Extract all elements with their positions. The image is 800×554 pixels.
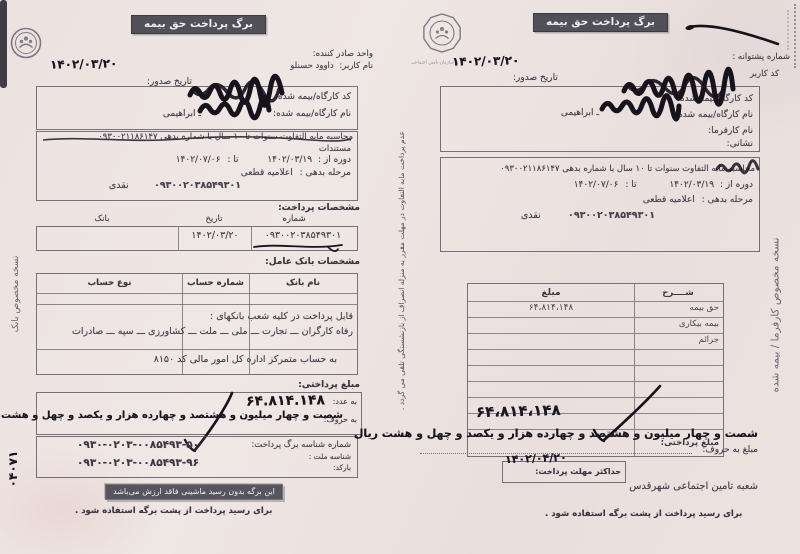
debt-stage-value: اعلامیه قطعی <box>241 168 293 178</box>
charge-amount: ۶۴،۸۱۴،۱۴۸ <box>468 302 634 317</box>
payment-col-date: تاریخ <box>190 214 238 224</box>
period-to-value: ۱۴۰۲/۰۷/۰۶ <box>176 155 221 165</box>
payment-section-label: مشخصات پرداخت: <box>278 203 360 213</box>
amount-words-handwritten: شصت و چهار میلیون و هشتصد و چهارده هزار … <box>354 427 758 440</box>
social-security-logo-icon <box>422 12 462 56</box>
bank-col-type: نوع حساب <box>37 278 182 288</box>
pen-scribble <box>599 97 683 115</box>
charges-row: بیمه بیکاری <box>468 318 723 334</box>
charge-amount <box>468 366 634 381</box>
debt-stage-line: مرحله بدهی : اعلامیه قطعی <box>241 168 351 178</box>
period-from-label: دوره از : <box>318 155 351 165</box>
charge-label: جرائم <box>634 334 723 349</box>
charge-label <box>634 366 723 381</box>
address-label: نشانی: <box>727 139 753 149</box>
bank-copy-form: برگ پرداخت حق بیمه واحد صادر کننده: نام … <box>0 0 400 554</box>
payment-col-bank: بانک <box>80 214 124 224</box>
payment-col-number: شماره <box>270 214 318 224</box>
issuer-unit-label: واحد صادر کننده: <box>313 49 373 59</box>
bank-section-label: مشخصات بانک عامل: <box>265 257 360 267</box>
pen-scribble <box>715 160 761 174</box>
debt-period-line: دوره از : ۱۴۰۲/۰۳/۱۹ تا : ۱۴۰۲/۰۷/۰۶ <box>176 155 351 165</box>
debt-payment-id: ۰۹۳۰۰۲۰۳۸۵۴۹۳۰۱ <box>568 210 655 221</box>
workshop-name-label: نام کارگاه/بیمه شده: <box>675 110 753 120</box>
amount-words-label: مبلغ به حروف: <box>702 445 758 455</box>
period-to-label: تا : <box>625 180 636 190</box>
barcode-label: بارکد: <box>333 463 351 472</box>
charges-row <box>468 350 723 366</box>
charges-col-description: شــــرح <box>634 284 723 301</box>
period-from-value: ۱۴۰۲/۰۳/۱۹ <box>267 155 312 165</box>
bank-col-name: نام بانک <box>249 278 357 288</box>
pen-stroke <box>683 18 783 48</box>
debt-stage-value: اعلامیه قطعی <box>643 195 695 205</box>
pen-scribble <box>187 81 287 101</box>
employer-copy-form: برگ پرداخت حق بیمه سازمان تأمین اجتماعی … <box>400 0 800 554</box>
workshop-name-label: نام کارگاه/بیمه شده: <box>273 109 351 119</box>
sheet-id-value: ۰۹۳۰-۰۲۰۳-۰۰۸۵۴۹۳-۵۰ <box>77 439 199 451</box>
form-title-badge: برگ پرداخت حق بیمه <box>131 15 266 34</box>
ref-number-label: شماره پشتوانه : <box>732 52 790 62</box>
charges-row: جرائم <box>468 334 723 350</box>
debt-box: محاسبه مابه التفاوت سنوات تا ۱۰ سال با ش… <box>36 131 358 201</box>
table-line <box>37 304 357 305</box>
table-line <box>37 349 357 350</box>
period-from-label: دوره از : <box>720 180 753 190</box>
pen-scribble <box>197 99 273 117</box>
barcode-value: ۰۹۳۰-۰۲۰۳-۰۰۸۵۴۹۳-۹۶ <box>77 457 199 469</box>
charge-label: بیمه بیکاری <box>634 318 723 333</box>
charge-label <box>634 350 723 365</box>
workshop-name-value: ـ ابراهیمی <box>163 109 201 119</box>
workshop-name-value: ـ ابراهیمی <box>561 108 599 118</box>
strike-through-line <box>41 134 353 144</box>
workshop-box: کد کارگاه/بیمه شده: نام کارگاه/بیمه شده:… <box>36 86 358 130</box>
pen-underline <box>250 240 350 256</box>
amount-section-label: مبلغ پرداختی: <box>298 380 360 390</box>
charge-amount <box>468 350 634 365</box>
central-account-line: به حساب متمرکز اداره کل امور مالی کد ۸۱۵… <box>154 354 337 365</box>
scanned-insurance-payment-sheet: عدم پرداخت مابه التفاوت در مهلت مقرر به … <box>0 0 800 554</box>
deadline-label: حداکثر مهلت پرداخت: <box>535 467 621 476</box>
workshop-box: کد کارگاه/بیمه شده: نام کارگاه/بیمه شده:… <box>440 86 760 152</box>
debt-payment-id-line: ۰۹۳۰۰۲۰۳۸۵۴۹۳۰۱ نقدی <box>521 210 655 221</box>
table-line <box>37 293 357 294</box>
debt-stage-label: مرحله بدهی : <box>300 168 351 178</box>
copy-label-vertical: نسخه مخصوص بانک <box>11 225 21 363</box>
debt-documents-label: مستندات <box>319 144 351 154</box>
banks-list-line: رفاه کارگران ـــ تجارت ـــ ملی ـــ ملت ـ… <box>72 326 353 337</box>
issue-date-handwritten: ۱۴۰۲/۰۳/۲۰ <box>452 53 520 68</box>
issue-date-label: تاریخ صدور: <box>513 73 558 83</box>
payable-line: قابل پرداخت در کلیه شعب بانکهای : <box>210 311 353 322</box>
charges-header-row: شــــرح مبلغ <box>468 284 723 302</box>
total-amount-handwritten: ۶۴،۸۱۴،۱۴۸ <box>476 401 561 421</box>
payment-row-date: ۱۴۰۲/۰۳/۲۰ <box>180 230 250 241</box>
period-from-value: ۱۴۰۲/۰۳/۱۹ <box>669 180 714 190</box>
employer-name-label: نام کارفرما: <box>708 126 753 136</box>
issue-date-handwritten: ۱۴۰۲/۰۳/۲۰ <box>50 56 118 71</box>
branch-line: شعبه تامین اجتماعی شهرقدس <box>629 481 758 492</box>
debt-payment-type: نقدی <box>109 180 129 191</box>
receipt-note: برای رسید پرداخت از پشت برگه استفاده شود… <box>75 506 272 516</box>
bank-col-account: شماره حساب <box>182 278 249 288</box>
org-name-small: سازمان تأمین اجتماعی <box>422 60 454 65</box>
debt-payment-id-line: ۰۹۳۰۰۲۰۳۸۵۴۹۳۰۱ نقدی <box>109 180 241 191</box>
copy-label-vertical: نسخه مخصوص کارفرما / بیمه شده <box>770 143 782 488</box>
amount-numeric-handwritten: ۶۴.۸۱۴.۱۴۸ <box>246 392 325 409</box>
table-divider <box>178 227 179 250</box>
agent-bank-table: نام بانک شماره حساب نوع حساب قابل پرداخت… <box>36 273 358 375</box>
period-to-value: ۱۴۰۲/۰۷/۰۶ <box>574 180 619 190</box>
deadline-date-handwritten: ۱۴۰۲/۰۴/۲۰ <box>505 451 567 466</box>
user-name-label: نام کاربر: <box>339 61 373 71</box>
margin-number-handwritten: ۰۴۰۷۱ <box>6 429 20 509</box>
machine-receipt-notice: این برگه بدون رسید ماشینی فاقد ارزش می‌ب… <box>105 484 283 500</box>
debt-payment-type: نقدی <box>521 210 541 221</box>
charges-col-amount: مبلغ <box>468 284 634 301</box>
user-name-value: داوود حسنلو <box>290 61 333 71</box>
debt-box: محاسبه مابه التفاوت سنوات تا ۱۰ سال با ش… <box>440 157 760 252</box>
social-security-logo-icon <box>9 26 43 60</box>
debt-stage-label: مرحله بدهی : <box>702 195 753 205</box>
sheet-id-label: شماره شناسه برگ پرداخت: <box>251 440 351 450</box>
user-name-line: نام کاربر: داوود حسنلو <box>290 61 373 71</box>
charge-amount <box>468 318 634 333</box>
charge-amount <box>468 334 634 349</box>
debt-stage-line: مرحله بدهی : اعلامیه قطعی <box>643 195 753 205</box>
debt-payment-id: ۰۹۳۰۰۲۰۳۸۵۴۹۳۰۱ <box>154 180 241 191</box>
charge-label: حق بیمه <box>634 302 723 317</box>
user-code-label: کد کاربر <box>750 69 779 79</box>
period-to-label: تا : <box>227 155 238 165</box>
payment-id-box: شماره شناسه برگ پرداخت: ۰۹۳۰-۰۲۰۳-۰۰۸۵۴۹… <box>36 436 358 478</box>
mellat-id-label: شناسه ملت : <box>309 452 351 461</box>
amount-numeric-label: به عدد: <box>333 397 357 406</box>
debt-period-line: دوره از : ۱۴۰۲/۰۳/۱۹ تا : ۱۴۰۲/۰۷/۰۶ <box>574 180 753 190</box>
pen-scribble <box>621 77 737 97</box>
receipt-note: برای رسید پرداخت از پشت برگه استفاده شود… <box>545 509 742 519</box>
amount-words-handwritten: شصت و چهار میلیون و هشتصد و چهارده هزار … <box>0 410 343 421</box>
charges-row: حق بیمه ۶۴،۸۱۴،۱۴۸ <box>468 302 723 318</box>
form-title-badge: برگ پرداخت حق بیمه <box>533 13 668 32</box>
